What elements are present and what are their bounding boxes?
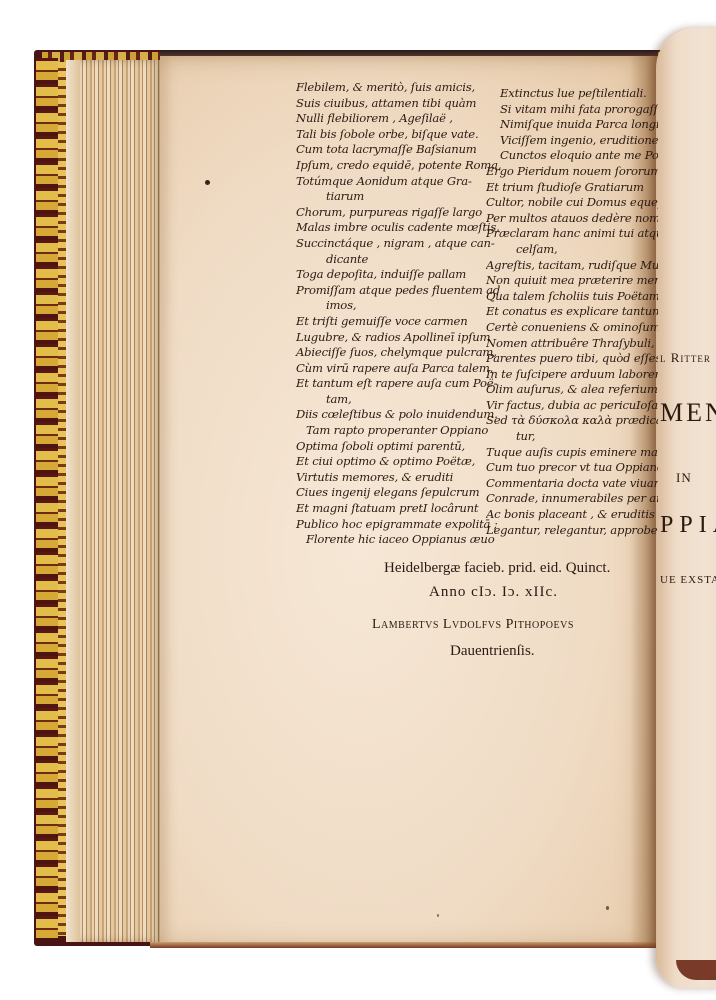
verse-line: Agreſtis, tacitam, rudiſque Muſa bbox=[486, 258, 658, 274]
verse-line: Cùm virū rapere auſa Parca talem, bbox=[296, 361, 496, 377]
verse-line: Olim auſurus, & alea referium bbox=[486, 382, 658, 398]
verse-line: In te ſuſcipere arduum laborem bbox=[486, 367, 658, 383]
verse-line: Malas imbre oculis cadente mœſtis, bbox=[296, 220, 496, 236]
verse-line: Virtutis memores, & eruditi bbox=[296, 470, 496, 486]
verse-line: Tuque auſis cupis eminere magnis. bbox=[486, 445, 658, 461]
verse-line: Et tantum eſt rapere auſa cum Poë- bbox=[296, 376, 496, 392]
verse-line: Et triſti gemuiſſe voce carmen bbox=[296, 314, 496, 330]
verse-line: tam, bbox=[296, 392, 496, 408]
verse-line: Cum tota lacrymaſſe Baſsianum bbox=[296, 142, 496, 158]
verse-line: Abieciſſe ſuos, chelymque pulcram, bbox=[296, 345, 496, 361]
verse-line: Tali bis ſobole orbe, biſque vate. bbox=[296, 127, 496, 143]
verse-line: Parentes puero tibi, quòd eſſes bbox=[486, 351, 658, 367]
paper-speck bbox=[205, 180, 210, 185]
verse-line: Lugubre, & radios Apollineī ipſum bbox=[296, 330, 496, 346]
verse-line: Legantur, relegantur, approbentur. bbox=[486, 523, 658, 539]
verse-line: tiarum bbox=[296, 189, 496, 205]
facing-page-text: IN bbox=[676, 470, 716, 486]
facing-page-text: l Ritter bbox=[660, 350, 716, 366]
verse-line: Succinctáque , nigram , atque can- bbox=[296, 236, 496, 252]
dateline: Heidelbergæ facieb. prid. eid. Quinct. A… bbox=[384, 556, 664, 604]
verse-line: Toga depoſita, induiſſe pallam bbox=[296, 267, 496, 283]
verse-line: Diis cœleſtibus & polo inuidendum. bbox=[296, 407, 496, 423]
verse-line: Et ciui optimo & optimo Poëtæ, bbox=[296, 454, 496, 470]
verse-line: tur, bbox=[486, 429, 658, 445]
dateline-year: Anno cIɔ. Iɔ. xIIc. bbox=[384, 580, 664, 604]
verse-line: Si vitam mihi fata prorogaſſent bbox=[486, 102, 658, 118]
verse-line: Optima ſoboli optimi parentū, bbox=[296, 439, 496, 455]
verse-line: Cum tuo precor vt tua Oppiano bbox=[486, 460, 658, 476]
page-edge-highlight bbox=[66, 60, 80, 942]
verse-line: Certè conueniens & ominoſum bbox=[486, 320, 658, 336]
verse-line: Commentaria docta vate viuant bbox=[486, 476, 658, 492]
verse-line: Præclaram hanc animi tui atque bbox=[486, 226, 658, 242]
verse-line: Chorum, purpureas rigaſſe largo bbox=[296, 205, 496, 221]
page-bottom-edge bbox=[150, 942, 660, 948]
verse-line: Qua talem ſcholiis tuis Poëtam, bbox=[486, 289, 658, 305]
verse-line: Ergo Pieridum nouem ſororum, bbox=[486, 164, 658, 180]
verse-line: Nimiſque inuida Parca longiorē bbox=[486, 117, 658, 133]
verse-line: Suis ciuibus, attamen tibi quàm bbox=[296, 96, 496, 112]
verse-line: Promiſſam atque pedes fluentem ad bbox=[296, 283, 496, 299]
verse-line: Ipſum, credo equidē, potente Roma, bbox=[296, 158, 496, 174]
poem-right-column: Extinctus lue peſtilentiali. Si vitam mi… bbox=[486, 86, 658, 538]
author-name: Lambertvs Lvdolfvs Pithopoevs bbox=[372, 612, 662, 638]
verse-line: imos, bbox=[296, 298, 496, 314]
verse-line: Nulli flebiliorem , Ageſilaë , bbox=[296, 111, 496, 127]
verse-line: Non quiuit mea præterire mentem, bbox=[486, 273, 658, 289]
facing-page-text: MENTA bbox=[660, 398, 716, 428]
verse-line: Nomen attribuêre Thraſybuli, bbox=[486, 336, 658, 352]
verse-line: Conrade, innumerabiles per annos, bbox=[486, 491, 658, 507]
verse-line: Et conatus es explicare tantum. bbox=[486, 304, 658, 320]
verse-line: Vir factus, dubia ac pericuIoſa. bbox=[486, 398, 658, 414]
verse-line: Cunctos eloquio ante me Poëtas. bbox=[486, 148, 658, 164]
dateline-place: Heidelbergæ facieb. prid. eid. Quinct. bbox=[384, 556, 664, 580]
author-origin: Dauentrienſis. bbox=[372, 638, 662, 664]
verse-line: Cultor, nobile cui Domus equeſtris bbox=[486, 195, 658, 211]
verse-line: Per multos atauos dedère nomen bbox=[486, 211, 658, 227]
paper-speck bbox=[437, 914, 439, 917]
verse-line: celſam, bbox=[486, 242, 658, 258]
verse-line: Florente hic iaceo Oppianus æuo bbox=[296, 532, 496, 548]
verse-line: Ac bonis placeant , & eruditis bbox=[486, 507, 658, 523]
gilt-border-inner bbox=[58, 62, 66, 936]
verse-line: dicante bbox=[296, 252, 496, 268]
verse-line: Viciſſem ingenio, eruditione, bbox=[486, 133, 658, 149]
author-signature: Lambertvs Lvdolfvs Pithopoevs Dauentrien… bbox=[372, 612, 662, 664]
verse-line: Et trium ſtudioſe Gratiarum bbox=[486, 180, 658, 196]
paper-speck bbox=[606, 906, 609, 910]
verse-line: Et magni ſtatuam pretI locârunt bbox=[296, 501, 496, 517]
verse-line: Ciues ingenij elegans ſepulcrum bbox=[296, 485, 496, 501]
page-block-edges bbox=[66, 60, 162, 942]
gilt-border-left bbox=[36, 58, 58, 938]
facing-page-text: UE EXSTANT bbox=[660, 574, 716, 586]
facing-page bbox=[656, 28, 716, 988]
verse-line: Sed τὰ δύσκολα καλὰ prædican- bbox=[486, 413, 658, 429]
facing-page-text: PPIAN bbox=[660, 512, 716, 539]
verse-line: Totúmque Aonidum atque Gra- bbox=[296, 174, 496, 190]
verse-line: Flebilem, & meritò, ſuis amicis, bbox=[296, 80, 496, 96]
verse-line: Extinctus lue peſtilentiali. bbox=[486, 86, 658, 102]
verse-line: Tam rapto properanter Oppiano bbox=[296, 423, 496, 439]
poem-left-column: Flebilem, & meritò, ſuis amicis, Suis ci… bbox=[296, 80, 496, 548]
verse-line: Publico hoc epigrammate expolitā ; bbox=[296, 517, 496, 533]
